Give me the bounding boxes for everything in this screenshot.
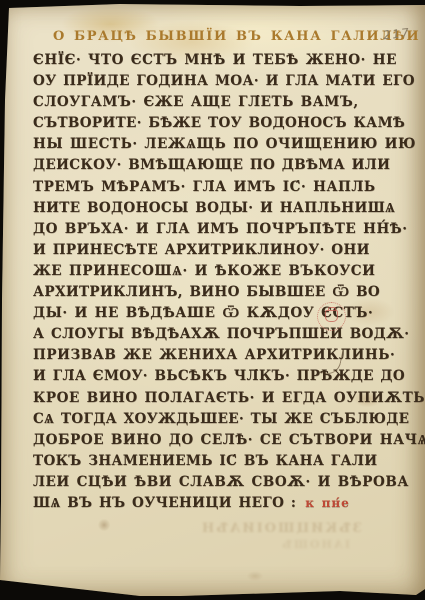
- chapter-title: О БРАЦѢ БЫВШЇИ ВЪ КАНА ГАЛИЛѢИ :: [53, 29, 373, 44]
- manuscript-line: ТРЕМЪ МѢРАМЪ· ГЛ́А ИМЪ ІС́· НАПЛЬ: [33, 177, 371, 198]
- manuscript-line: ДОБРОЕ ВИНО ДО СЕЛѢ· СЕ СЪТВОРИ НАЧѦ: [33, 430, 371, 451]
- manuscript-line: ЖЕ ПРИНЕСОШѦ· И ѢКОЖЕ ВЪКОУСИ: [33, 261, 371, 282]
- manuscript-line-text: ШѦ ВЪ НЪ ОУЧЕНИЦИ НЕГО :: [33, 495, 296, 511]
- folio-number: 217: [382, 26, 411, 43]
- manuscript-line: КРОЕ ВИНО ПОЛАГАЄТЬ· И ЕГДА ОУПИѪТЬ: [33, 388, 371, 409]
- manuscript-line: АРХИТРИКЛИНЪ, ВИНО БЫВШЕЕ Ѿ ВО: [33, 282, 371, 303]
- manuscript-line: СЪТВОРИТЕ· БѢЖЕ ТОУ ВОДОНОСЪ КАМѢ: [33, 113, 371, 134]
- manuscript-line-last: ШѦ ВЪ НЪ ОУЧЕНИЦИ НЕГО :к пн́е: [33, 493, 371, 514]
- manuscript-line: СѦ ТОГДА ХОУЖДЬШЕЕ· ТЫ ЖЕ СЪБЛЮДЕ: [33, 409, 371, 430]
- manuscript-line: ЄНЇЄ· ЧТО ЄСТЪ МНѢ И ТЕБѢ ЖЕНО· НЕ: [33, 50, 371, 71]
- show-through-text: ЗѢКИЦШОІИАѢН: [142, 521, 362, 536]
- stamp-emblem: [325, 310, 338, 322]
- show-through-text-2: ІАНОШѢ: [190, 538, 350, 551]
- manuscript-line: ЛЕИ СЦѢИ ѢВИ СЛАВѪ СВОѪ· И ВѢРОВА: [33, 472, 371, 493]
- manuscript-line: НИТЕ ВОДОНОСЫ ВОДЫ· И НАПЛЬНИШѦ: [33, 198, 371, 219]
- manuscript-line: ТОКЪ ЗНАМЕНИЕМЬ ІС́ ВЪ КАНА ГАЛИ: [33, 451, 371, 472]
- manuscript-line: ОУ ПРЇИДЕ ГОДИНА МОА· И ГЛ́А МАТИ ЕГО: [33, 71, 371, 92]
- manuscript-line: И ПРИНЕСѢТЕ АРХИТРИКЛИНОУ· ОНИ: [33, 240, 371, 261]
- manuscript-line: ДО ВРЪХА· И ГЛ́А ИМЪ ПОЧРЪПѢТЕ НН́Ѣ·: [33, 219, 371, 240]
- manuscript-line: НЫ ШЕСТЬ· ЛЕЖѦЩЬ ПО ОЧИЩЕНИЮ ИЮ: [33, 134, 371, 155]
- lection-end-rubric: к пн́е: [305, 496, 350, 510]
- text-block: ЄНЇЄ· ЧТО ЄСТЪ МНѢ И ТЕБѢ ЖЕНО· НЕ ОУ ПР…: [33, 50, 371, 514]
- manuscript-line: ДЕИСКОУ· ВМѢЩАЮЩЕ ПО ДВѢМА ИЛИ: [33, 155, 371, 176]
- manuscript-line: А СЛОУГЫ ВѢДѢАХѪ ПОЧРЪПШЕИ ВОДѪ·: [33, 324, 371, 345]
- library-stamp-icon: [317, 302, 346, 331]
- manuscript-line: СЛОУГАМЪ· ЄЖЕ АЩЕ ГЛ́ЕТЬ ВАМЪ,: [33, 92, 371, 113]
- manuscript-page: О БРАЦѢ БЫВШЇИ ВЪ КАНА ГАЛИЛѢИ : 217 ЄНЇ…: [0, 0, 425, 600]
